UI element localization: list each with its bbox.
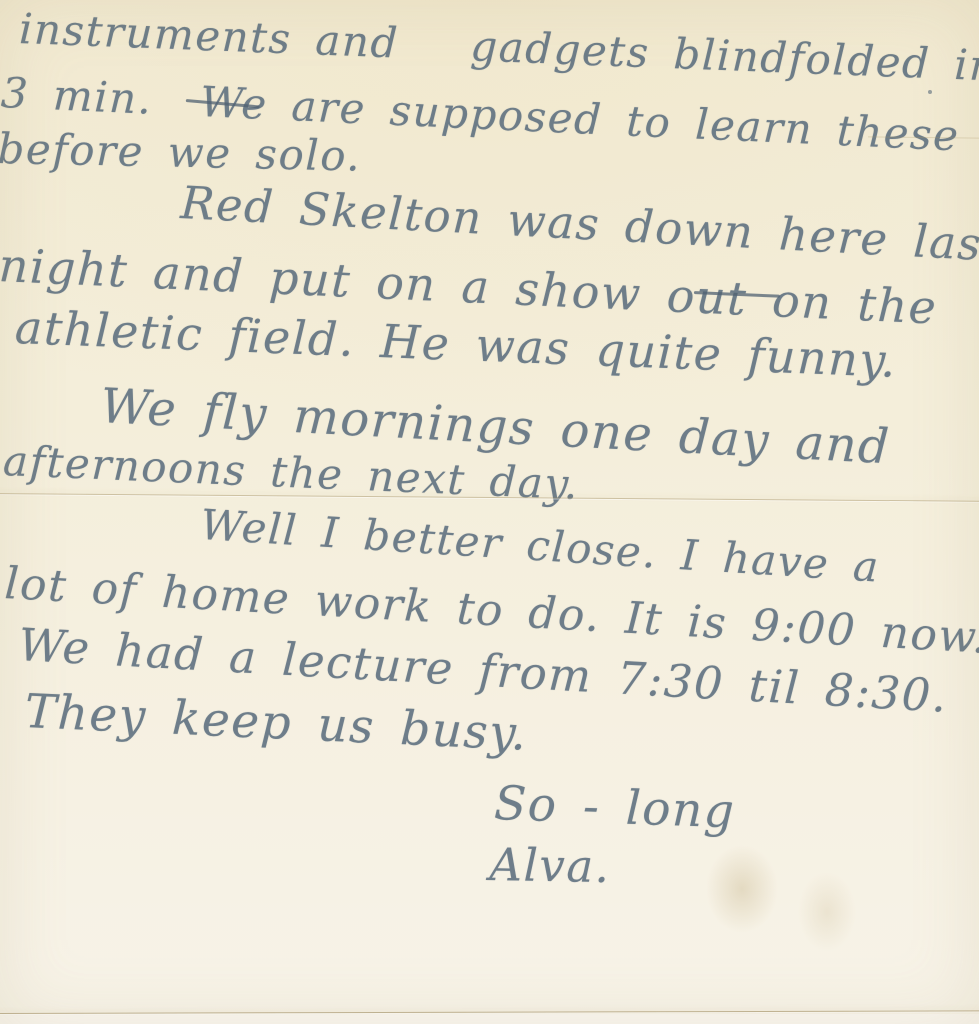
stain-mark (798, 872, 856, 952)
letter-paper: instruments and gadgets blindfolded in 3… (0, 0, 979, 1024)
fold-highlight (0, 1014, 979, 1024)
signature-line: Alva. (489, 840, 611, 892)
handwriting-line: They keep us busy. (24, 686, 529, 760)
stain-mark (706, 845, 778, 933)
signoff-line: So - long (493, 778, 736, 838)
ink-speck (928, 90, 932, 94)
handwriting-line: before we solo. (0, 126, 362, 180)
